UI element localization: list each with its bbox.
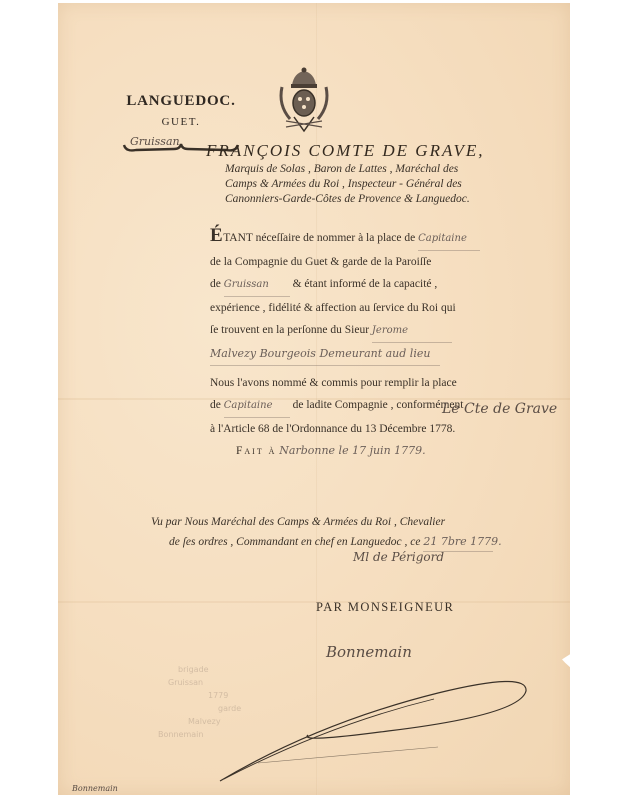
region-heading: LANGUEDOC. — [96, 93, 266, 110]
par-monseigneur-label: PAR MONSEIGNEUR — [316, 600, 454, 615]
margin-note-handwritten: Gruissan — [130, 135, 180, 148]
rank-fill: Capitaine — [418, 228, 480, 251]
commission-body: ÉTANT néceſſaire de nommer à la place de… — [210, 225, 530, 462]
fait-line: Fait à Narbonne le 17 juin 1779. — [210, 440, 530, 462]
signature-perigord: Ml de Périgord — [353, 550, 444, 564]
signature-secretary: Bonnemain — [326, 643, 412, 661]
issuer-title-line: Marquis de Solas , Baron de Lattes , Mar… — [225, 162, 535, 177]
drop-cap: É — [210, 225, 223, 246]
issuer-title-line: Camps & Armées du Roi , Inspecteur - Gén… — [225, 177, 535, 192]
body-line-1: ÉTANT néceſſaire de nommer à la place de… — [210, 225, 530, 251]
visa-block: Vu par Nous Maréchal des Camps & Armées … — [151, 513, 571, 552]
body-line-3: de Gruissan & étant informé de la capaci… — [210, 273, 530, 297]
signature-comte-de-grave: Le Cte de Grave — [442, 401, 557, 417]
place-date-fill: Narbonne le 17 juin 1779. — [279, 440, 425, 462]
body-line-4: expérience , fidélité & affection au ſer… — [210, 297, 530, 319]
document-paper: LANGUEDOC. GUET. Gruissan FRANÇOIS COMTE… — [58, 3, 570, 795]
issuer-name: FRANÇOIS COMTE DE GRAVE, — [206, 141, 485, 161]
appointee-fill: Malvezy Bourgeois Demeurant aud lieu — [210, 343, 440, 366]
visa-line-1: Vu par Nous Maréchal des Camps & Armées … — [151, 513, 571, 532]
body-line-5: ſe trouvent en la perſonne du Sieur Jero… — [210, 319, 530, 343]
body-line-9: à l'Article 68 de l'Ordonnance du 13 Déc… — [210, 418, 530, 440]
body-line-7: Nous l'avons nommé & commis pour remplir… — [210, 372, 530, 394]
body-line-6: Malvezy Bourgeois Demeurant aud lieu — [210, 343, 530, 366]
visa-date-fill: 21 7bre 1779. — [423, 532, 493, 552]
body-line-2: de la Compagnie du Guet & garde de la Pa… — [210, 251, 530, 273]
bottom-left-note: Bonnemain — [72, 784, 118, 793]
royal-arms-crest-icon — [276, 65, 332, 137]
faint-pencil-notes: brigade Gruissan 1779 garde Malvezy Bonn… — [118, 663, 318, 773]
issuer-titles: Marquis de Solas , Baron de Lattes , Mar… — [225, 162, 535, 207]
first-name-fill: Jerome — [372, 320, 452, 343]
issuer-title-line: Canonniers-Garde-Côtes de Provence & Lan… — [225, 192, 535, 207]
edge-tear — [562, 653, 572, 669]
region-subtitle: GUET. — [96, 116, 266, 128]
parish-fill: Gruissan — [224, 274, 290, 297]
fold-line-horizontal-lower — [58, 601, 570, 603]
rank-fill-2: Capitaine — [224, 395, 290, 418]
visa-line-2: de ſes ordres , Commandant en chef en La… — [151, 532, 571, 552]
